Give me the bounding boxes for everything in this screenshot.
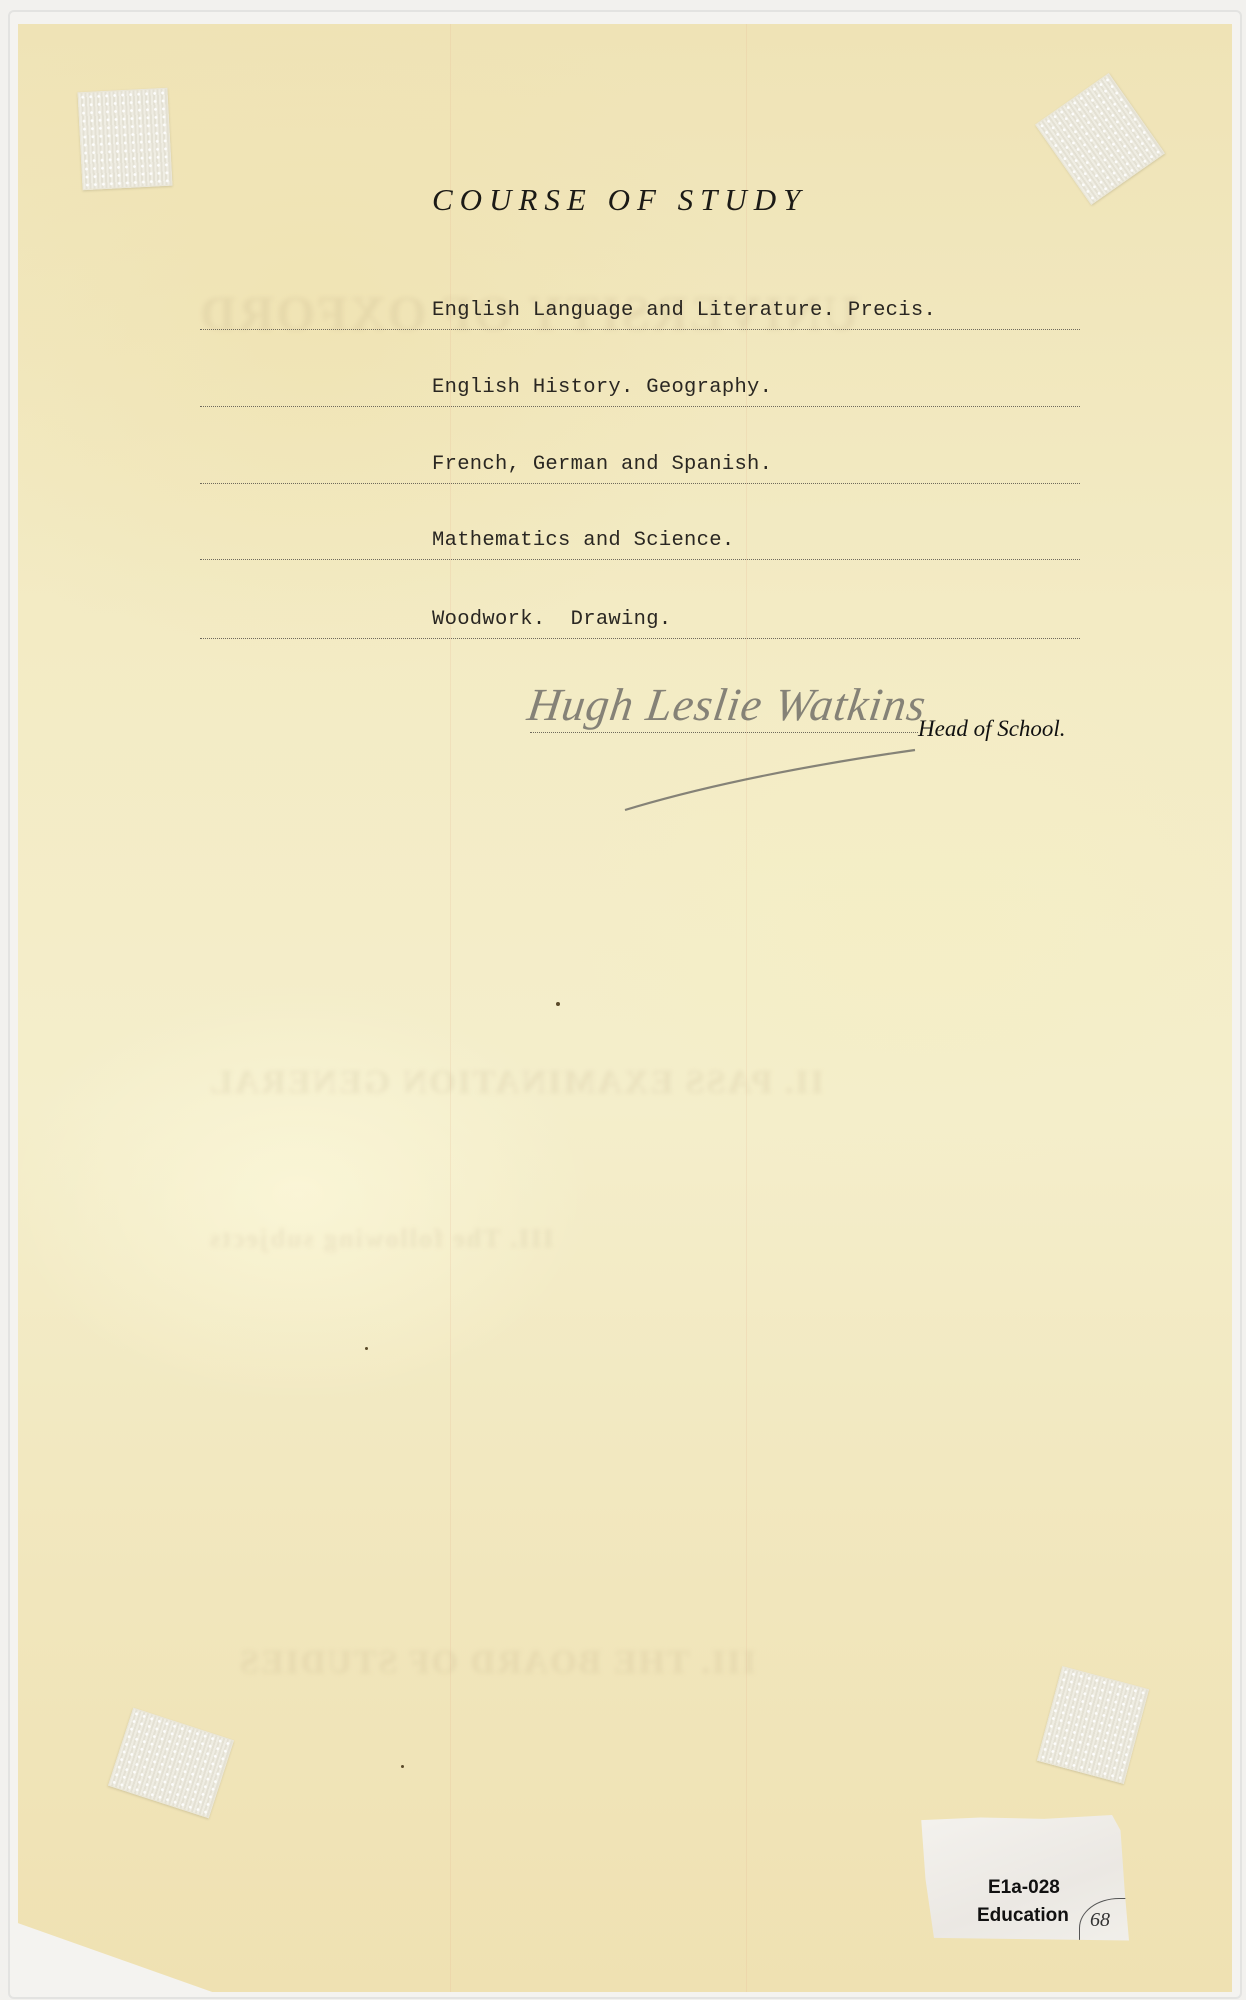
dotted-rule — [200, 483, 1080, 484]
signature: Hugh Leslie Watkins — [524, 678, 930, 731]
subject-line: English Language and Literature. Precis. — [200, 290, 1080, 330]
paper-speck — [556, 1002, 560, 1006]
subject-line: English History. Geography. — [200, 367, 1080, 407]
bleed-through-text: III. The following subjects — [208, 1224, 553, 1254]
signature-flourish-icon — [620, 745, 920, 815]
archive-category: Education — [977, 1905, 1069, 1927]
bleed-through-text: II. PASS EXAMINATION GENERAL — [208, 1064, 824, 1102]
dotted-rule — [200, 329, 1080, 330]
bleed-through-text: III. THE BOARD OF STUDIES — [238, 1644, 756, 1682]
paper-speck — [365, 1347, 368, 1350]
archive-number: 68 — [1090, 1909, 1110, 1932]
subject-line: Mathematics and Science. — [200, 520, 1080, 560]
subject-text: Mathematics and Science. — [432, 529, 734, 552]
dotted-rule — [200, 406, 1080, 407]
subject-text: English Language and Literature. Precis. — [432, 299, 936, 322]
subject-text: French, German and Spanish. — [432, 453, 772, 476]
signatory-role: Head of School. — [918, 716, 1066, 742]
subject-line: Woodwork. Drawing. — [200, 599, 1080, 639]
subject-line: French, German and Spanish. — [200, 444, 1080, 484]
dotted-rule — [200, 559, 1080, 560]
paper-speck — [401, 1765, 404, 1768]
subject-text: English History. Geography. — [432, 376, 772, 399]
archive-code: E1a-028 — [988, 1877, 1060, 1899]
dotted-rule — [200, 638, 1080, 639]
subject-text: Woodwork. Drawing. — [432, 608, 671, 631]
signature-rule — [530, 732, 918, 733]
archive-label: E1a-028 Education 68 — [917, 1815, 1129, 1943]
page-title: COURSE OF STUDY — [432, 182, 807, 218]
mounting-tab-top-left — [77, 88, 172, 191]
